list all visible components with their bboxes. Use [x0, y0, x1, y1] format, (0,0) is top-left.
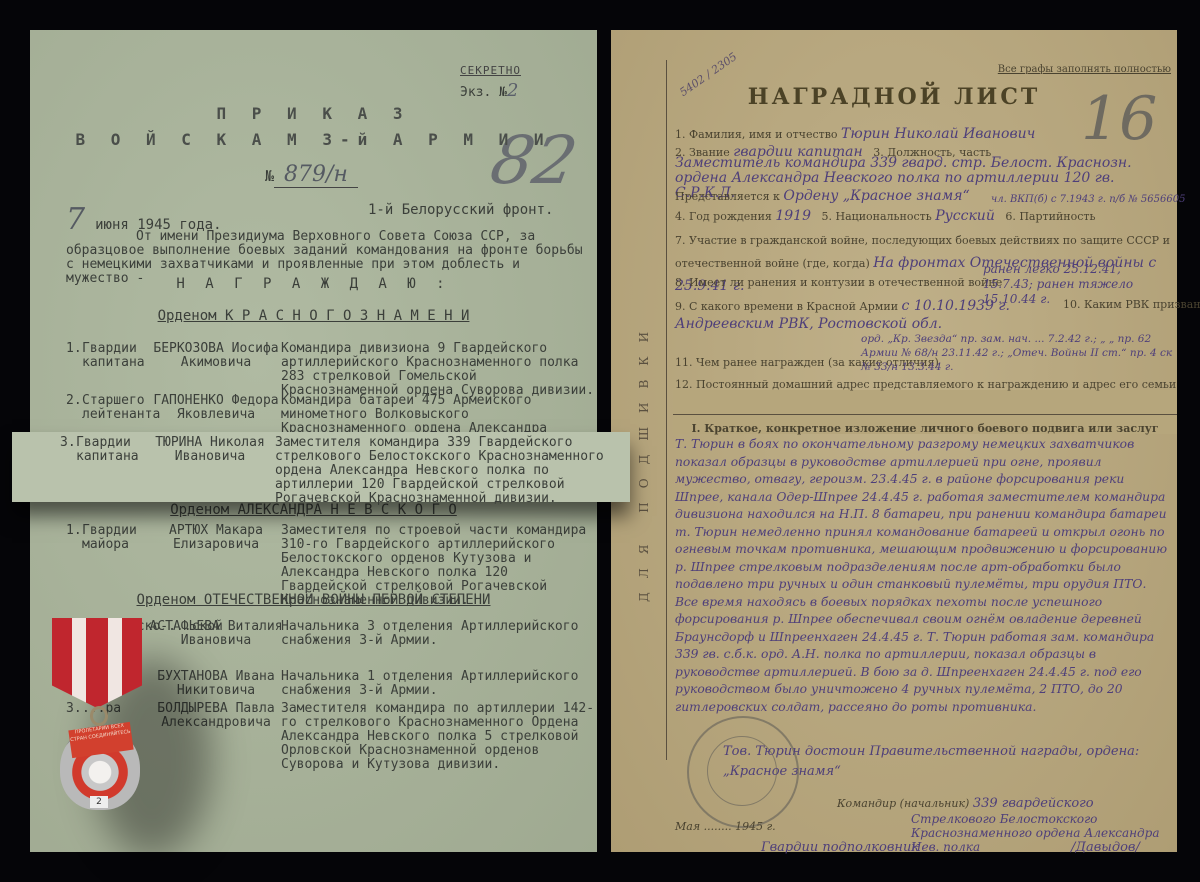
signature-rank: Гвардии подполковник: [761, 840, 919, 855]
sheet-date: Мая ........ 1945 г.: [675, 820, 776, 833]
field-previous-awards-value: орд. „Кр. Звезда“ пр. зам. нач. ... 7.2.…: [861, 332, 1173, 374]
section-title: I. Краткое, конкретное изложение личного…: [673, 422, 1177, 435]
commander-line: Командир (начальник) 339 гвардейского: [837, 796, 1094, 811]
field-rvk-label: 10. Каким РВК призван: [1063, 298, 1200, 311]
highlighted-entry-strip: 3. Гвардии капитана ТЮРИНА Николая Ивано…: [12, 432, 630, 502]
order-section-title: Орденом К Р А С Н О Г О З Н А М Е Н И: [30, 308, 597, 324]
field-birth-year: 4. Год рождения 1919 5. Национальность Р…: [675, 208, 1095, 224]
medal-number-plate: 2: [90, 796, 108, 808]
order-title: П Р И К А З: [30, 104, 597, 123]
field-army-since: 9. С какого времени в Красной Армии с 10…: [675, 298, 1010, 314]
margin-vertical-text: ДЛЯ ПОДШИВКИ: [637, 230, 657, 690]
signature-name: /Давыдов/: [1071, 840, 1140, 855]
field-rvk-value: Андреевским РВК, Ростовской обл.: [675, 316, 942, 332]
section-divider: [673, 414, 1177, 415]
fill-instruction: Все графы заполнять полностью: [998, 64, 1171, 75]
order-number: №879/н: [265, 162, 358, 187]
order-of-red-banner-medal: ПРОЛЕТАРИИ ВСЕХ СТРАН СОЕДИНЯЙТЕСЬ 2: [52, 618, 152, 828]
field-presented: Представляется к Ордену „Красное знамя“: [675, 188, 970, 204]
copy-number: Экз. №2: [460, 80, 518, 101]
medal-ring: [90, 706, 108, 726]
recommendation: Тов. Тюрин достоин Правительственной наг…: [723, 742, 1173, 782]
award-entry: 1. Гвардии майора АРТЮХ Макара Елизарови…: [66, 524, 596, 594]
margin-line: [666, 60, 667, 760]
field-address: 12. Постоянный домашний адрес представля…: [675, 378, 1176, 391]
front-name: 1-й Белорусский фронт.: [368, 202, 553, 218]
order-section-title: Орденом ОТЕЧЕСТВЕННОЙ ВОЙНЫ ПЕРВОЙ СТЕПЕ…: [30, 592, 597, 608]
classification-stamp: СЕКРЕТНО: [460, 64, 521, 77]
award-entry-highlighted: 3. Гвардии капитана ТЮРИНА Николая Ивано…: [60, 436, 590, 496]
award-entry: 1. Гвардии капитана БЕРКОЗОВА Иосифа Аки…: [66, 342, 596, 398]
merit-narrative: Т. Тюрин в боях по окончательному разгро…: [675, 436, 1171, 716]
award-sheet-document: ДЛЯ ПОДШИВКИ 5402 / 2305 Все графы запол…: [611, 30, 1177, 852]
field-party-value: чл. ВКП(б) с 7.1943 г. п/б № 5656605: [991, 194, 1185, 205]
archive-number: 16: [1081, 84, 1157, 154]
field-wounds: 8. Имеет ли ранения и контузии в отечест…: [675, 276, 1002, 289]
award-heading: Н А Г Р А Ж Д А Ю :: [30, 276, 597, 292]
order-subtitle: В О Й С К А М 3-й А Р М И И: [30, 130, 597, 149]
field-name: 1. Фамилия, имя и отчество Тюрин Николай…: [675, 126, 1035, 142]
